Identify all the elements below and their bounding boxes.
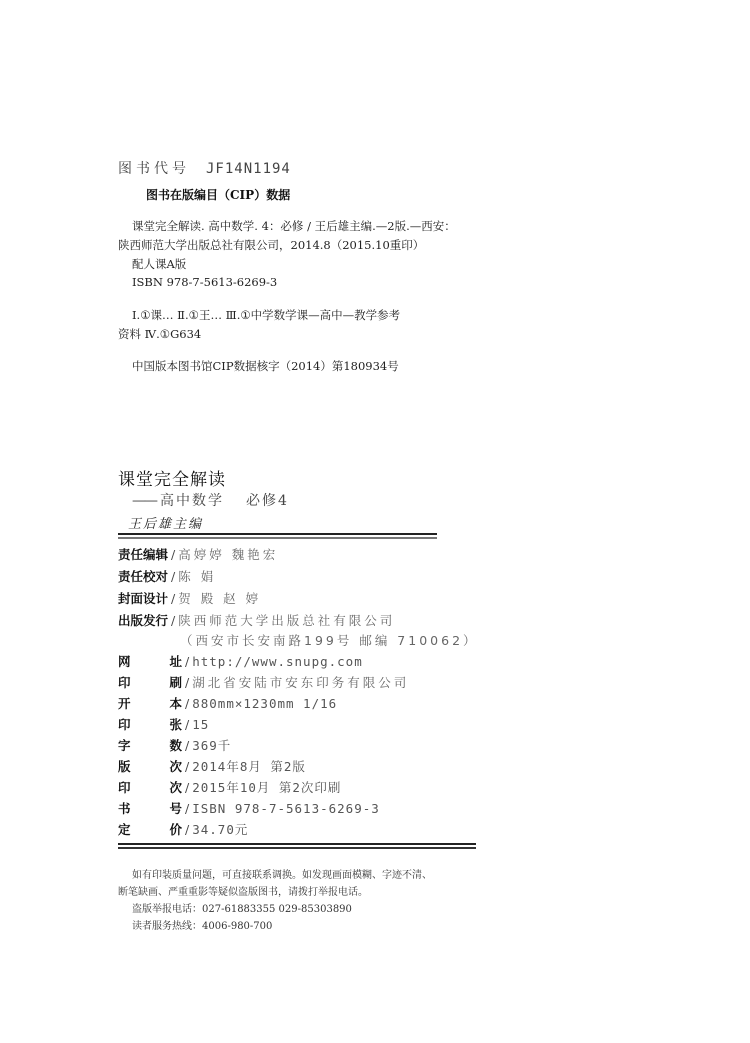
colophon-row: 字数/369千: [118, 736, 231, 756]
subtitle-volume: 必修4: [246, 493, 289, 509]
colophon-key: 版次: [118, 757, 182, 777]
subtitle-dash: ——: [132, 493, 156, 509]
book-code-value: JF14N1194: [206, 161, 291, 177]
colophon-value: 陈 娟: [178, 567, 216, 587]
cip-isbn: ISBN 978-7-5613-6269-3: [132, 275, 277, 289]
colophon-key: 印次: [118, 778, 182, 798]
colophon-value: 高婷婷 魏艳宏: [178, 545, 278, 565]
colophon-address: （西安市长安南路199号 邮编 710062）: [180, 631, 479, 651]
book-code-label: 图书代号: [118, 161, 190, 177]
colophon-key: 印张: [118, 715, 182, 735]
colophon-value: 2015年10月 第2次印刷: [192, 778, 341, 798]
colophon-row: 定价/34.70元: [118, 820, 248, 840]
colophon-value: 880mm×1230mm 1/16: [192, 694, 337, 714]
cip-line: 课堂完全解读. 高中数学. 4：必修 / 王后雄主编.—2版.—西安：: [132, 218, 456, 234]
cip-verification: 中国版本图书馆CIP数据核字（2014）第180934号: [132, 358, 399, 374]
colophon-key: 定价: [118, 820, 182, 840]
piracy-notice: 如有印装质量问题，可直接联系调换。如发现画面模糊、字迹不清、: [132, 866, 432, 881]
colophon-row: 封面设计/贺 殿 赵 婷: [118, 589, 261, 609]
colophon-value: ISBN 978-7-5613-6269-3: [192, 799, 380, 819]
service-hotline: 读者服务热线：4006-980-700: [132, 917, 272, 932]
colophon-key: 开本: [118, 694, 182, 714]
colophon-row: 版次/2014年8月 第2版: [118, 757, 306, 777]
cip-classification: Ⅰ.①课… Ⅱ.①王… Ⅲ.①中学数学课—高中—教学参考: [132, 307, 400, 323]
chief-editor: 王后雄主编: [128, 513, 203, 532]
colophon-value: 2014年8月 第2版: [192, 757, 306, 777]
colophon-row: 印张/15: [118, 715, 209, 735]
colophon-value: 湖北省安陆市安东印务有限公司: [192, 673, 409, 693]
cip-line: 陕西师范大学出版总社有限公司，2014.8（2015.10重印）: [118, 237, 424, 253]
colophon-row: 印次/2015年10月 第2次印刷: [118, 778, 341, 798]
colophon-row: 网址/http://www.snupg.com: [118, 652, 363, 672]
piracy-notice: 断笔缺画、严重重影等疑似盗版图书，请拨打举报电话。: [118, 883, 368, 898]
publisher-address: （西安市长安南路199号 邮编 710062）: [180, 631, 479, 651]
colophon-key: 网址: [118, 652, 182, 672]
colophon-value: http://www.snupg.com: [192, 652, 363, 672]
colophon-key: 封面设计: [118, 589, 168, 609]
book-subtitle: ——高中数学必修4: [132, 490, 289, 510]
colophon-value: 34.70元: [192, 820, 248, 840]
piracy-hotline: 盗版举报电话：027-61883355 029-85303890: [132, 900, 352, 915]
colophon-row: 书号/ISBN 978-7-5613-6269-3: [118, 799, 380, 819]
colophon-value: 贺 殿 赵 婷: [178, 589, 261, 609]
colophon-row: 责任校对/陈 娟: [118, 567, 216, 587]
colophon-key: 字数: [118, 736, 182, 756]
colophon-row: 开本/880mm×1230mm 1/16: [118, 694, 337, 714]
subtitle-subject: 高中数学: [160, 493, 224, 509]
colophon-value: 陕西师范大学出版总社有限公司: [178, 611, 395, 631]
colophon-key: 书号: [118, 799, 182, 819]
colophon-row: 责任编辑/高婷婷 魏艳宏: [118, 545, 278, 565]
cip-title: 图书在版编目（CIP）数据: [146, 186, 290, 203]
colophon-key: 责任校对: [118, 567, 168, 587]
cip-line: 配人课A版: [132, 256, 186, 272]
colophon-key: 出版发行: [118, 611, 168, 631]
colophon-value: 369千: [192, 736, 231, 756]
book-code: 图书代号JF14N1194: [118, 158, 291, 178]
colophon-key: 印刷: [118, 673, 182, 693]
book-title: 课堂完全解读: [118, 465, 226, 490]
colophon-key: 责任编辑: [118, 545, 168, 565]
colophon-value: 15: [192, 715, 209, 735]
colophon-row: 印刷/湖北省安陆市安东印务有限公司: [118, 673, 409, 693]
colophon-row: 出版发行/陕西师范大学出版总社有限公司: [118, 611, 395, 631]
cip-classification: 资料 Ⅳ.①G634: [118, 326, 201, 342]
